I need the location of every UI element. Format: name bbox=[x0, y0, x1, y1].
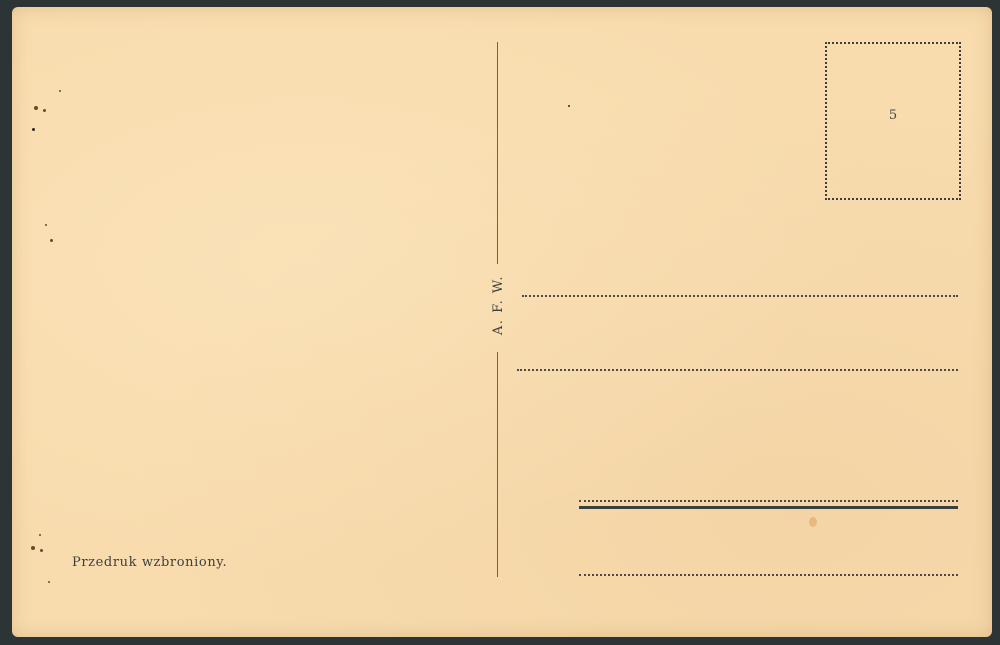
address-line-2 bbox=[517, 369, 958, 371]
address-line-1 bbox=[522, 295, 958, 297]
foxing-spot bbox=[39, 534, 41, 536]
stamp-placement-box: 5 bbox=[825, 42, 961, 200]
stamp-box-number: 5 bbox=[827, 108, 959, 123]
address-line-3 bbox=[579, 500, 958, 502]
foxing-spot bbox=[43, 109, 46, 112]
publisher-initials: A. F. W. bbox=[489, 270, 509, 340]
address-line-4 bbox=[579, 574, 958, 576]
foxing-spot bbox=[809, 517, 817, 527]
foxing-spot bbox=[50, 239, 53, 242]
divider-line-bottom bbox=[497, 352, 498, 577]
postcard-back: 5 A. F. W. Przedruk wzbroniony. bbox=[12, 7, 992, 637]
foxing-spot bbox=[45, 224, 47, 226]
foxing-spot bbox=[40, 549, 43, 552]
foxing-spot bbox=[34, 106, 38, 110]
foxing-spot bbox=[31, 546, 35, 550]
reprint-notice: Przedruk wzbroniony. bbox=[72, 555, 227, 570]
address-underline bbox=[579, 506, 958, 509]
foxing-spot bbox=[48, 581, 50, 583]
foxing-spot bbox=[568, 105, 570, 107]
divider-line-top bbox=[497, 42, 498, 264]
foxing-spot bbox=[32, 128, 35, 131]
foxing-spot bbox=[59, 90, 61, 92]
